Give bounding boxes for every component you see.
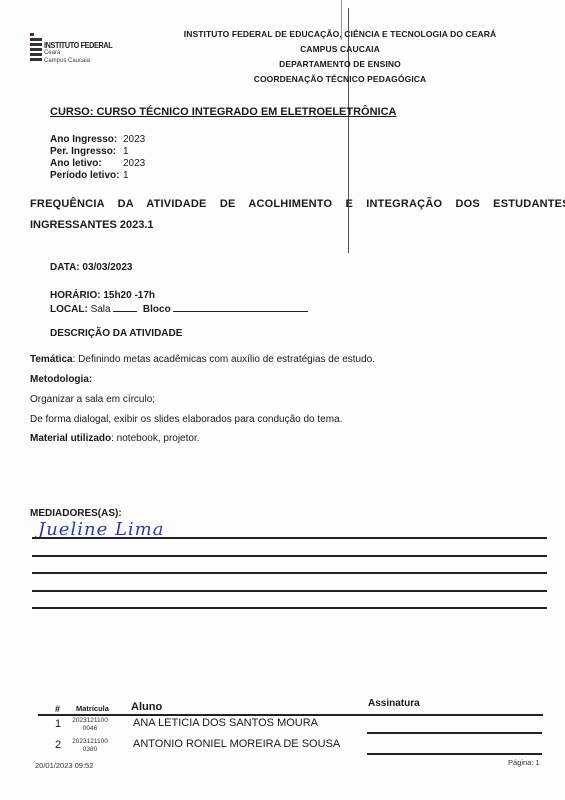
meta-periodo-letivo: Período letivo:1 [50,170,129,181]
course-title: CURSO: CURSO TÉCNICO INTEGRADO EM ELETRO… [50,106,397,118]
footer-timestamp: 20/01/2023 09:52 [35,761,93,770]
meta-ano-ingresso: Ano Ingresso:2023 [50,134,145,145]
table-header-divider [38,714,543,716]
header-campus: CAMPUS CAUCAIA [160,44,520,54]
document-title-line2: INGRESSANTES 2023.1 [30,219,154,231]
activity-local: LOCAL: Sala Bloco [50,302,308,315]
mediator-line[interactable] [32,607,547,609]
col-header-aluno: Aluno [131,701,162,713]
metodologia-step1: Organizar a sala em círculo; [30,394,155,405]
logo-name: INSTITUTO FEDERAL [44,40,112,50]
row-matricula: 2023121100 0046 [70,717,110,733]
col-header-matricula: Matrícula [76,704,109,713]
header-institution: INSTITUTO FEDERAL DE EDUCAÇÃO, CIÊNCIA E… [160,29,520,39]
mediator-line[interactable] [32,555,547,557]
signature-line[interactable] [367,753,542,755]
row-aluno: ANTONIO RONIEL MOREIRA DE SOUSA [133,738,340,750]
mediators-label: MEDIADORES(AS): [30,508,122,519]
activity-date: DATA: 03/03/2023 [50,262,132,273]
signature-line[interactable] [367,732,542,734]
document-title-line1: FREQUÊNCIA DA ATIVIDADE DE ACOLHIMENTO E… [30,198,565,210]
mediator-line[interactable] [32,537,547,539]
row-aluno: ANA LETICIA DOS SANTOS MOURA [133,717,318,729]
metodologia-label: Metodologia: [30,374,92,385]
activity-time: HORÁRIO: 15h20 -17h [50,290,155,301]
sala-field[interactable] [113,302,137,312]
meta-per-ingresso: Per. Ingresso:1 [50,146,129,157]
logo-state: Ceará [44,50,60,56]
material: Material utilizado: notebook, projetor. [30,433,200,444]
logo-campus: Campus Caucaia [44,58,90,64]
footer-page: Página: 1 [508,758,540,767]
row-num: 2 [55,739,61,751]
col-header-num: # [55,704,60,714]
metodologia-step2: De forma dialogal, exibir os slides elab… [30,414,342,425]
row-matricula: 2023121100 0380 [70,738,110,754]
header-coordination: COORDENAÇÃO TÉCNICO PEDAGÓGICA [160,74,520,84]
description-heading: DESCRIÇÃO DA ATIVIDADE [50,328,182,339]
bloco-field[interactable] [173,302,308,312]
mediator-line[interactable] [32,590,547,592]
row-num: 1 [55,718,61,730]
tematica: Temática: Definindo metas acadêmicas com… [30,354,375,365]
header-department: DEPARTAMENTO DE ENSINO [160,59,520,69]
col-header-assinatura: Assinatura [368,698,420,709]
logo-mark-icon [30,33,42,63]
meta-ano-letivo: Ano letivo:2023 [50,158,145,169]
mediator-line[interactable] [32,572,547,574]
